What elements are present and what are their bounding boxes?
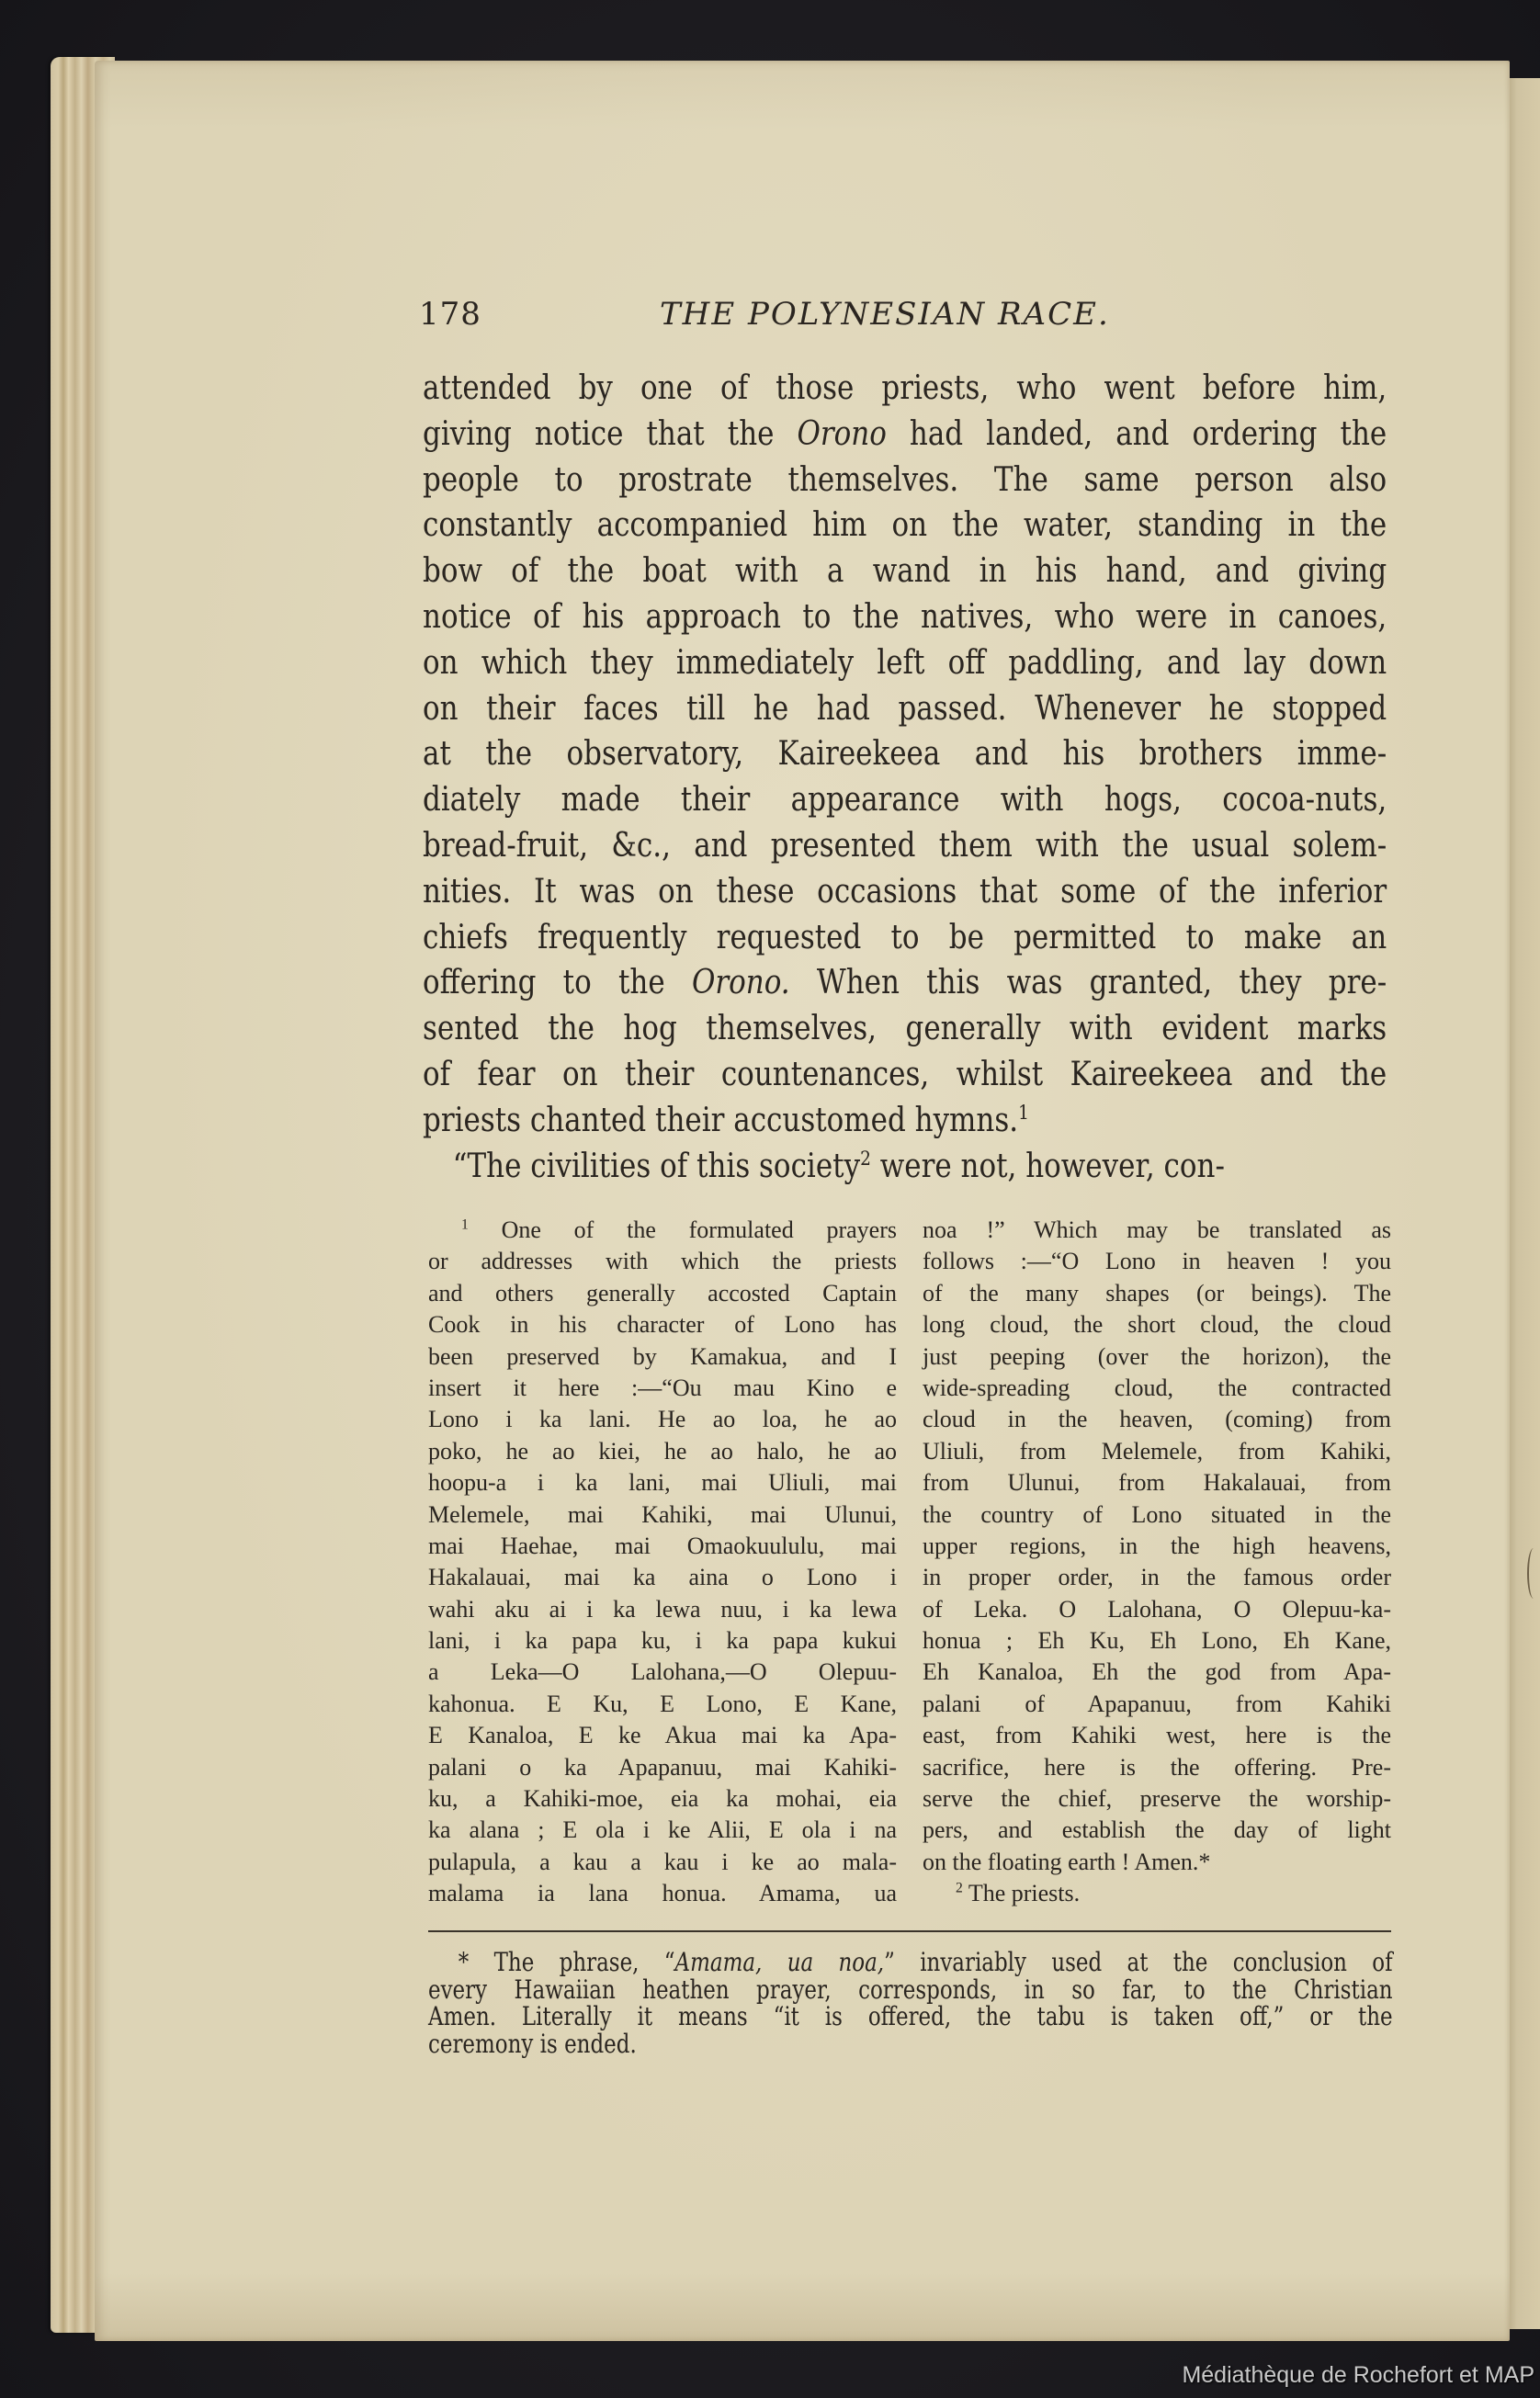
page-number: 178 [419,296,481,333]
text-line: constantly accompanied him on the water,… [423,503,1387,549]
footnote-line: mai Haehae, mai Omaokuululu, mai [428,1531,897,1562]
footnote-line: cloud in the heaven, (coming) from [923,1404,1391,1435]
footnote-line: ka alana ; E ola i ke Alii, E ola i na [428,1815,897,1846]
text-line: offering to the Orono. When this was gra… [423,960,1387,1006]
text-line: on their faces till he had passed. Whene… [423,686,1387,732]
footnote-line: been preserved by Kamakua, and I [428,1341,897,1373]
footnote-line: insert it here :—“Ou mau Kino e [428,1373,897,1404]
main-text: attended by one of those priests, who we… [423,366,1387,1189]
text-line: chiefs frequently requested to be permit… [423,915,1387,961]
text-line: sented the hog themselves, generally wit… [423,1006,1387,1052]
footnote-column-left: 1 One of the formulated prayersor addres… [428,1215,897,1910]
footnote-line: of Leka. O Lalohana, O Olepuu-ka- [923,1594,1391,1625]
watermark-credit: Médiathèque de Rochefort et MAP [1182,2362,1534,2389]
footnote-line: east, from Kahiki west, here is the [923,1720,1391,1751]
footnote-line: Uliuli, from Melemele, from Kahiki, [923,1436,1391,1467]
adjacent-page-edge [1507,78,1540,2329]
text-line: diately made their appearance with hogs,… [423,777,1387,823]
footnote-line: sacrifice, here is the offering. Pre- [923,1752,1391,1783]
footnote-column-right: noa !” Which may be translated asfollows… [923,1215,1391,1910]
footnote-line: malama ia lana honua. Amama, ua [428,1878,897,1909]
footnote-line: Eh Kanaloa, Eh the god from Apa- [923,1657,1391,1688]
footnote-line: ku, a Kahiki-moe, eia ka mohai, eia [428,1783,897,1815]
footnote-line: 1 One of the formulated prayers [428,1215,897,1246]
footnote-line: honua ; Eh Ku, Eh Lono, Eh Kane, [923,1625,1391,1657]
footnote-line: palani of Apapanuu, from Kahiki [923,1689,1391,1720]
footnote-line: Melemele, mai Kahiki, mai Ulunui, [428,1499,897,1531]
footnote-line: lani, i ka papa ku, i ka papa kukui [428,1625,897,1657]
footnote-line: 2 The priests. [923,1878,1391,1909]
text-line: giving notice that the Orono had landed,… [423,412,1387,458]
running-head: 178 THE POLYNESIAN RACE. [419,296,1393,342]
text-line: people to prostrate themselves. The same… [423,458,1387,503]
footnote-line: upper regions, in the high heavens, [923,1531,1391,1562]
footnote-line: of the many shapes (or beings). The [923,1278,1391,1309]
footnote-line: long cloud, the short cloud, the cloud [923,1309,1391,1340]
footnote-line: serve the chief, preserve the worship- [923,1783,1391,1815]
footnote-line: poko, he ao kiei, he ao halo, he ao [428,1436,897,1467]
asterisk-note-line: Amen. Literally it means “it is offered,… [428,2003,1393,2030]
text-line: bread-fruit, &c., and presented them wit… [423,823,1387,869]
asterisk-note-line: every Hawaiian heathen prayer, correspon… [428,1976,1393,2004]
footnote-line: a Leka—O Lalohana,—O Olepuu- [428,1657,897,1688]
footnote-line: from Ulunui, from Hakalauai, from [923,1467,1391,1499]
footnote-line: and others generally accosted Captain [428,1278,897,1309]
footnote-line: wahi aku ai i ka lewa nuu, i ka lewa [428,1594,897,1625]
footnote-line: Lono i ka lani. He ao loa, he ao [428,1404,897,1435]
text-line: at the observatory, Kaireekeea and his b… [423,731,1387,777]
footnote-line: in proper order, in the famous order [923,1562,1391,1593]
footnote-line: pulapula, a kau a kau i ke ao mala- [428,1847,897,1878]
footnote-line: pers, and establish the day of light [923,1815,1391,1846]
text-line: bow of the boat with a wand in his hand,… [423,549,1387,594]
footnote-divider [428,1930,1391,1932]
asterisk-note-line: * The phrase, “Amama, ua noa,” invariabl… [428,1949,1393,1976]
footnote-line: the country of Lono situated in the [923,1499,1391,1531]
footnote-line: follows :—“O Lono in heaven ! you [923,1246,1391,1277]
footnote-line: palani o ka Apapanuu, mai Kahiki- [428,1752,897,1783]
text-line: priests chanted their accustomed hymns.1 [423,1098,1387,1144]
footnote-line: kahonua. E Ku, E Lono, E Kane, [428,1689,897,1720]
footnote-line: hoopu-a i ka lani, mai Uliuli, mai [428,1467,897,1499]
asterisk-note-line: ceremony is ended. [428,2030,1393,2058]
text-line: nities. It was on these occasions that s… [423,869,1387,915]
footnote-line: or addresses with which the priests [428,1246,897,1277]
text-line: “The civilities of this society2 were no… [423,1144,1387,1190]
text-line: notice of his approach to the natives, w… [423,594,1387,640]
footnote-line: noa !” Which may be translated as [923,1215,1391,1246]
running-title: THE POLYNESIAN RACE. [660,296,1110,333]
footnote-line: Cook in his character of Lono has [428,1309,897,1340]
asterisk-footnote: * The phrase, “Amama, ua noa,” invariabl… [428,1949,1393,2057]
adjacent-page-mark [1527,1548,1540,1599]
footnote-line: Hakalauai, mai ka aina o Lono i [428,1562,897,1593]
text-line: on which they immediately left off paddl… [423,640,1387,686]
footnote-line: E Kanaloa, E ke Akua mai ka Apa- [428,1720,897,1751]
text-line: of fear on their countenances, whilst Ka… [423,1052,1387,1098]
footnote-line: on the floating earth ! Amen.* [923,1847,1391,1878]
text-line: attended by one of those priests, who we… [423,366,1387,412]
footnote-line: wide-spreading cloud, the contracted [923,1373,1391,1404]
footnote-line: just peeping (over the horizon), the [923,1341,1391,1373]
